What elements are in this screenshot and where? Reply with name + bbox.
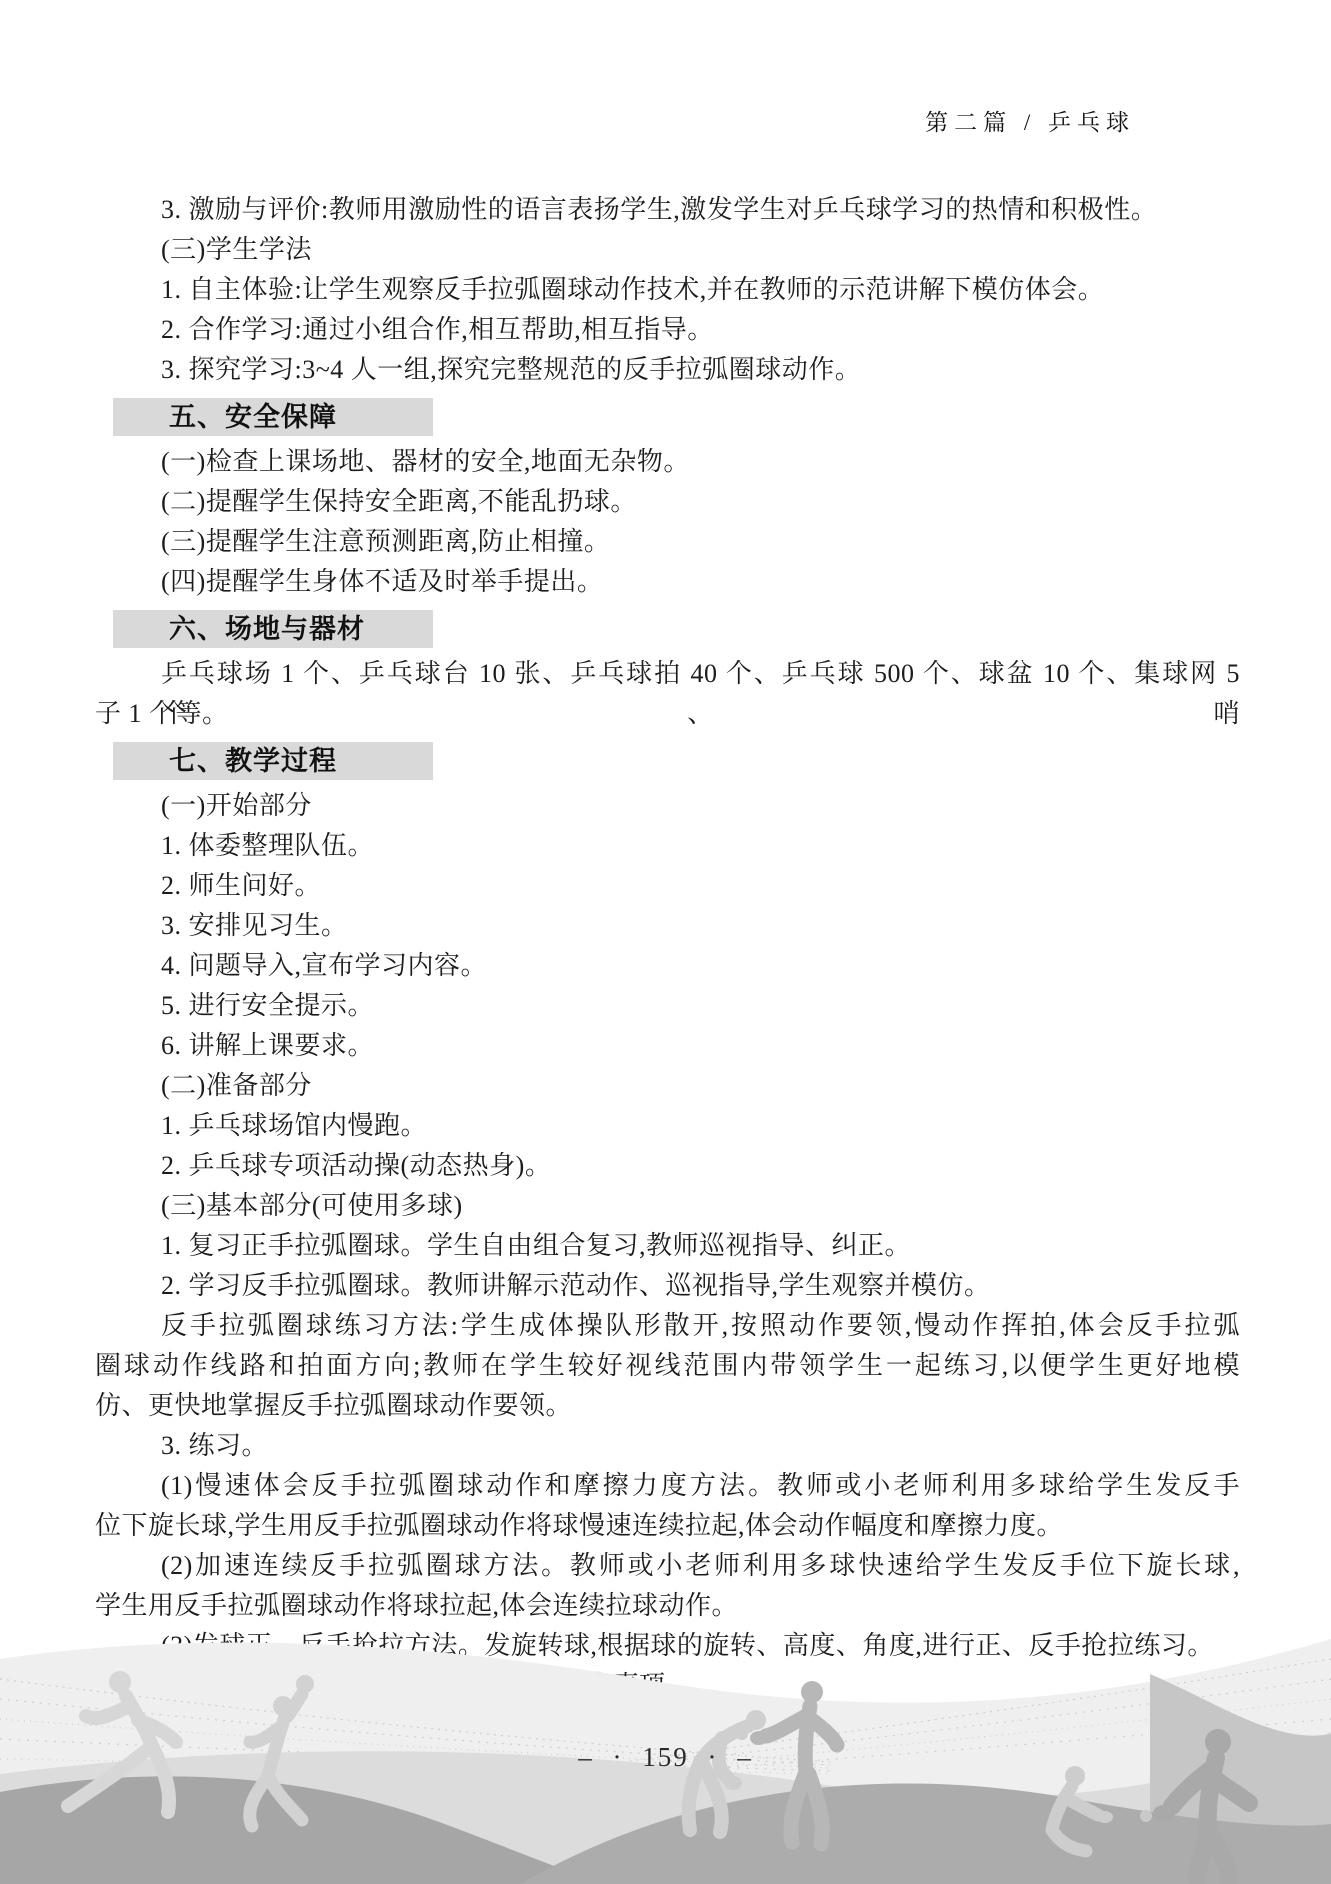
- text-line: 1. 复习正手拉弧圈球。学生自由组合复习,教师巡视指导、纠正。: [95, 1226, 1240, 1266]
- text-line: 2. 合作学习:通过小组合作,相互帮助,相互指导。: [95, 310, 1240, 350]
- text-line: (三)提醒学生注意预测距离,防止相撞。: [95, 522, 1240, 562]
- section-heading-text: 六、场地与器材: [169, 614, 365, 644]
- content-blocks: 3. 激励与评价:教师用激励性的语言表扬学生,激发学生对乒乓球学习的热情和积极性…: [95, 190, 1240, 1706]
- text-line: 反手拉弧圈球练习方法:学生成体操队形散开,按照动作要领,慢动作挥拍,体会反手拉弧: [95, 1306, 1240, 1346]
- section-heading: 五、安全保障: [113, 398, 433, 436]
- text-line: (1)慢速体会反手拉弧圈球动作和摩擦力度方法。教师或小老师利用多球给学生发反手: [95, 1466, 1240, 1506]
- text-line: 仿、更快地掌握反手拉弧圈球动作要领。: [95, 1386, 1240, 1426]
- text-line: 1. 乒乓球场馆内慢跑。: [95, 1106, 1240, 1146]
- section-heading-text: 七、教学过程: [169, 746, 337, 776]
- text-line: (四)提醒学生身体不适及时举手提出。: [95, 562, 1240, 602]
- section-heading: 六、场地与器材: [113, 610, 433, 648]
- text-line: 1. 自主体验:让学生观察反手拉弧圈球动作技术,并在教师的示范讲解下模仿体会。: [95, 270, 1240, 310]
- text-line: 3. 激励与评价:教师用激励性的语言表扬学生,激发学生对乒乓球学习的热情和积极性…: [95, 190, 1240, 230]
- text-line: 3. 安排见习生。: [95, 906, 1240, 946]
- text-line: (二)提醒学生保持安全距离,不能乱扔球。: [95, 482, 1240, 522]
- text-line: (三)学生学法: [95, 230, 1240, 270]
- footer-illustration: [0, 1584, 1331, 1884]
- text-line: 3. 练习。: [95, 1426, 1240, 1466]
- text-line: 3. 探究学习:3~4 人一组,探究完整规范的反手拉弧圈球动作。: [95, 350, 1240, 390]
- section-heading-text: 五、安全保障: [169, 402, 337, 432]
- page-number: – · 159 · –: [0, 1742, 1331, 1773]
- text-line: (一)开始部分: [95, 786, 1240, 826]
- text-line: 位下旋长球,学生用反手拉弧圈球动作将球慢速连续拉起,体会动作幅度和摩擦力度。: [95, 1506, 1240, 1546]
- text-line: (一)检查上课场地、器材的安全,地面无杂物。: [95, 442, 1240, 482]
- running-header: 第二篇 / 乒乓球: [925, 104, 1135, 137]
- text-line: 4. 问题导入,宣布学习内容。: [95, 946, 1240, 986]
- text-line: 圈球动作线路和拍面方向;教师在学生较好视线范围内带领学生一起练习,以便学生更好地…: [95, 1346, 1240, 1386]
- text-line: (三)基本部分(可使用多球): [95, 1186, 1240, 1226]
- text-line: 2. 乒乓球专项活动操(动态热身)。: [95, 1146, 1240, 1186]
- text-line: 1. 体委整理队伍。: [95, 826, 1240, 866]
- text-line: 2. 学习反手拉弧圈球。教师讲解示范动作、巡视指导,学生观察并模仿。: [95, 1266, 1240, 1306]
- text-line: 乒乓球场 1 个、乒乓球台 10 张、乒乓球拍 40 个、乒乓球 500 个、球…: [95, 654, 1240, 694]
- text-line: 6. 讲解上课要求。: [95, 1026, 1240, 1066]
- text-line: (2)加速连续反手拉弧圈球方法。教师或小老师利用多球快速给学生发反手位下旋长球,: [95, 1546, 1240, 1586]
- text-line: 5. 进行安全提示。: [95, 986, 1240, 1026]
- section-heading: 七、教学过程: [113, 742, 433, 780]
- document-page: 第二篇 / 乒乓球 3. 激励与评价:教师用激励性的语言表扬学生,激发学生对乒乓…: [0, 0, 1331, 1884]
- text-line: (二)准备部分: [95, 1066, 1240, 1106]
- text-line: 2. 师生问好。: [95, 866, 1240, 906]
